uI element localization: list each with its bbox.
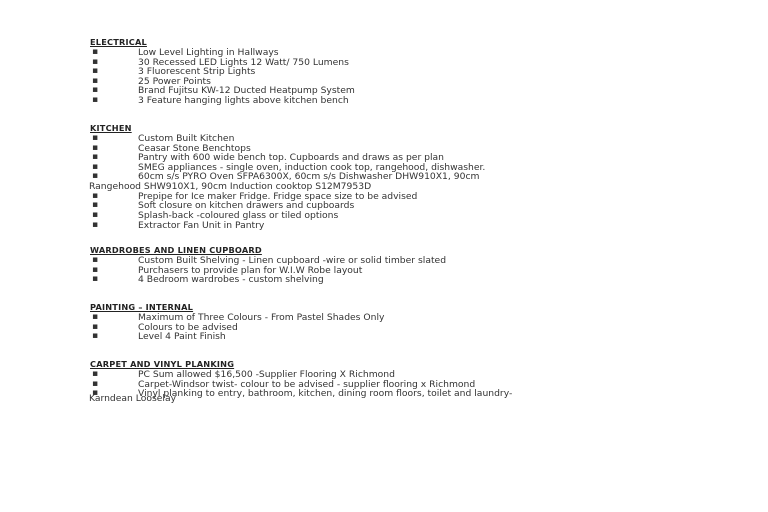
bullet-icon: ▪ [92,275,98,285]
list-item: ▪Level 4 Paint Finish [90,332,193,342]
list-item-continuation: Rangehood SHW910X1, 90cm Induction cookt… [89,182,371,192]
list-item: ▪Extractor Fan Unit in Pantry [90,221,132,231]
section-painting: PAINTING – INTERNAL ▪Maximum of Three Co… [90,302,193,342]
bullet-icon: ▪ [92,96,98,106]
section-kitchen: KITCHEN ▪Custom Built Kitchen ▪Ceasar St… [90,123,132,230]
list-item: ▪60cm s/s PYRO Oven SFPA6300X, 60cm s/s … [90,172,132,192]
list-item: ▪4 Bedroom wardrobes - custom shelving [90,275,262,285]
bullet-icon: ▪ [92,221,98,231]
scanned-document: ELECTRICAL ▪Low Level Lighting in Hallwa… [0,0,768,512]
bullet-icon: ▪ [92,332,98,342]
list-item: ▪Vinyl planking to entry, bathroom, kitc… [90,389,234,398]
list-item: ▪3 Feature hanging lights above kitchen … [90,96,147,106]
section-wardrobes: WARDROBES AND LINEN CUPBOARD ▪Custom Bui… [90,245,262,285]
section-carpet: CARPET AND VINYL PLANKING ▪PC Sum allowe… [90,359,234,398]
section-electrical: ELECTRICAL ▪Low Level Lighting in Hallwa… [90,37,147,106]
list-item-continuation: Karndean Looselay [89,394,176,404]
